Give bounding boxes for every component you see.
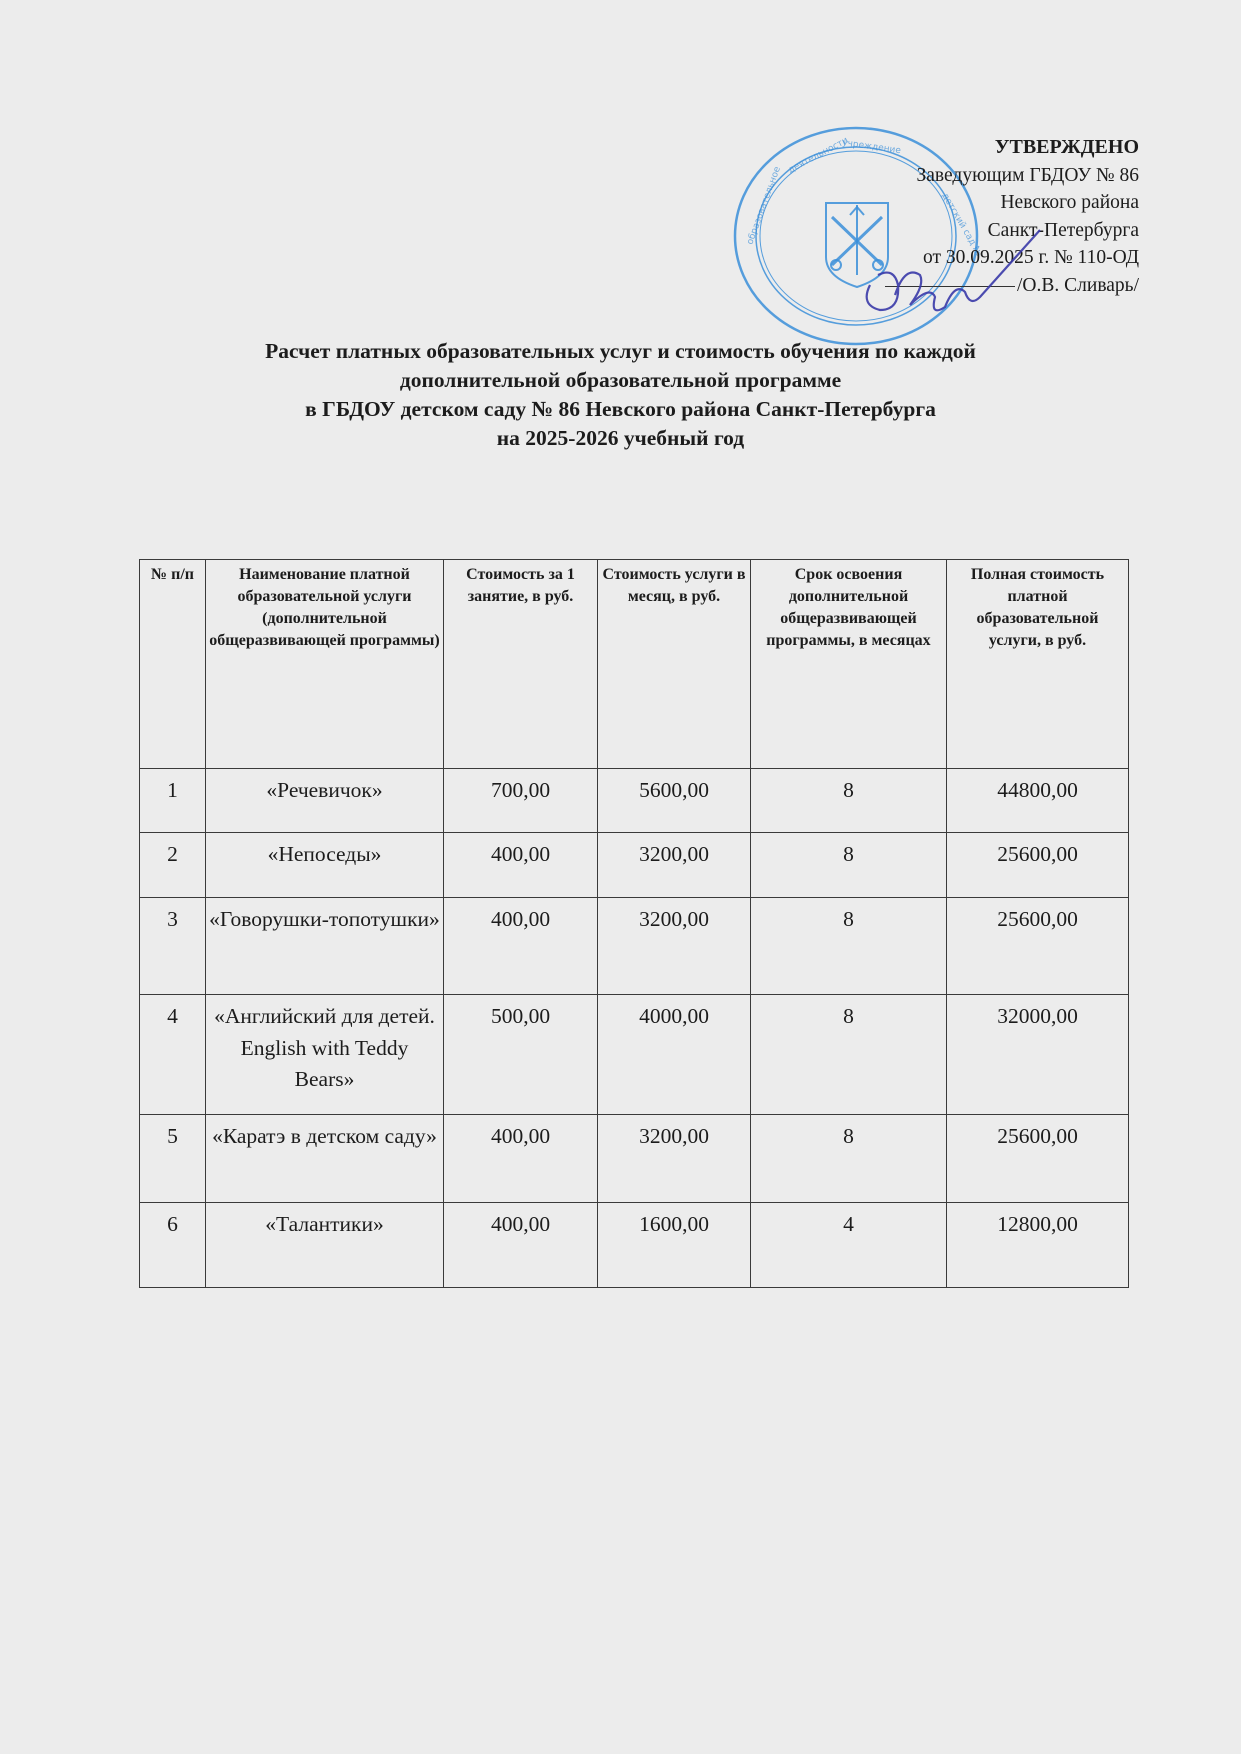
cell-months: 8 bbox=[751, 833, 947, 898]
table-row: 3 «Говорушки-топотушки» 400,00 3200,00 8… bbox=[140, 898, 1129, 995]
cell-months: 4 bbox=[751, 1203, 947, 1288]
cell-months: 8 bbox=[751, 898, 947, 995]
document-title: Расчет платных образовательных услуг и с… bbox=[0, 337, 1241, 453]
header-per-lesson: Стоимость за 1 занятие, в руб. bbox=[444, 560, 598, 769]
cell-months: 8 bbox=[751, 995, 947, 1115]
cell-num: 4 bbox=[140, 995, 206, 1115]
table-row: 2 «Непоседы» 400,00 3200,00 8 25600,00 bbox=[140, 833, 1129, 898]
approval-heading: УТВЕРЖДЕНО bbox=[885, 134, 1139, 162]
header-per-month: Стоимость услуги в месяц, в руб. bbox=[598, 560, 751, 769]
table-row: 4 «Английский для детей. English with Te… bbox=[140, 995, 1129, 1115]
cell-months: 8 bbox=[751, 769, 947, 833]
cell-per-month: 3200,00 bbox=[598, 898, 751, 995]
cell-num: 1 bbox=[140, 769, 206, 833]
cell-per-lesson: 700,00 bbox=[444, 769, 598, 833]
title-line: Расчет платных образовательных услуг и с… bbox=[0, 337, 1241, 366]
cell-total: 12800,00 bbox=[947, 1203, 1129, 1288]
header-num: № п/п bbox=[140, 560, 206, 769]
header-total: Полная стоимость платной образовательной… bbox=[947, 560, 1129, 769]
cell-name: «Английский для детей. English with Tedd… bbox=[206, 995, 444, 1115]
cell-total: 25600,00 bbox=[947, 898, 1129, 995]
title-line: на 2025-2026 учебный год bbox=[0, 424, 1241, 453]
cell-months: 8 bbox=[751, 1115, 947, 1203]
cell-per-month: 3200,00 bbox=[598, 833, 751, 898]
pricing-table: № п/п Наименование платной образовательн… bbox=[139, 559, 1129, 1288]
cell-per-lesson: 400,00 bbox=[444, 898, 598, 995]
signature-icon bbox=[850, 225, 1050, 335]
header-name: Наименование платной образовательной усл… bbox=[206, 560, 444, 769]
title-line: в ГБДОУ детском саду № 86 Невского район… bbox=[0, 395, 1241, 424]
cell-per-lesson: 400,00 bbox=[444, 1115, 598, 1203]
cell-num: 3 bbox=[140, 898, 206, 995]
cell-per-lesson: 400,00 bbox=[444, 1203, 598, 1288]
cell-per-lesson: 400,00 bbox=[444, 833, 598, 898]
cell-name: «Каратэ в детском саду» bbox=[206, 1115, 444, 1203]
cell-per-month: 5600,00 bbox=[598, 769, 751, 833]
header-months: Срок освоения дополнительной общеразвива… bbox=[751, 560, 947, 769]
svg-text:образовательное: образовательное bbox=[745, 165, 783, 246]
cell-total: 25600,00 bbox=[947, 1115, 1129, 1203]
cell-per-month: 4000,00 bbox=[598, 995, 751, 1115]
approval-line: Невского района bbox=[885, 189, 1139, 217]
cell-per-lesson: 500,00 bbox=[444, 995, 598, 1115]
cell-num: 5 bbox=[140, 1115, 206, 1203]
cell-per-month: 1600,00 bbox=[598, 1203, 751, 1288]
cell-num: 6 bbox=[140, 1203, 206, 1288]
cell-name: «Говорушки-топотушки» bbox=[206, 898, 444, 995]
cell-total: 44800,00 bbox=[947, 769, 1129, 833]
table-row: 6 «Талантики» 400,00 1600,00 4 12800,00 bbox=[140, 1203, 1129, 1288]
cell-total: 32000,00 bbox=[947, 995, 1129, 1115]
approval-line: Заведующим ГБДОУ № 86 bbox=[885, 162, 1139, 190]
title-line: дополнительной образовательной программе bbox=[0, 366, 1241, 395]
table-row: 5 «Каратэ в детском саду» 400,00 3200,00… bbox=[140, 1115, 1129, 1203]
cell-per-month: 3200,00 bbox=[598, 1115, 751, 1203]
table-header-row: № п/п Наименование платной образовательн… bbox=[140, 560, 1129, 769]
cell-name: «Талантики» bbox=[206, 1203, 444, 1288]
cell-total: 25600,00 bbox=[947, 833, 1129, 898]
cell-num: 2 bbox=[140, 833, 206, 898]
cell-name: «Речевичок» bbox=[206, 769, 444, 833]
table-row: 1 «Речевичок» 700,00 5600,00 8 44800,00 bbox=[140, 769, 1129, 833]
cell-name: «Непоседы» bbox=[206, 833, 444, 898]
